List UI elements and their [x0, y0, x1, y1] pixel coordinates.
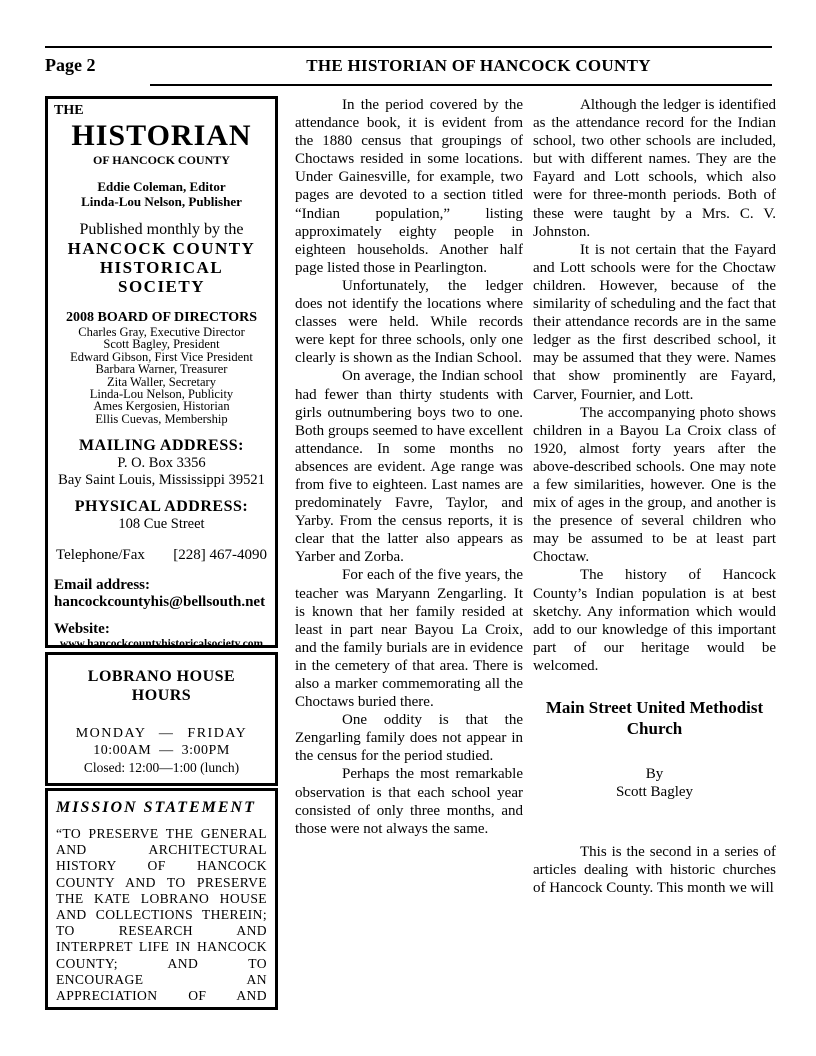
newsletter-title: THE HISTORIAN OF HANCOCK COUNTY: [185, 56, 772, 76]
article-paragraph: One oddity is that the Zengarling family…: [295, 711, 523, 765]
article-paragraph: It is not certain that the Fayard and Lo…: [533, 241, 776, 404]
sidebar-column: THE HISTORIAN OF HANCOCK COUNTY Eddie Co…: [45, 96, 278, 1010]
org-name-line1: HANCOCK COUNTY: [54, 239, 269, 258]
article-paragraph: In the period covered by the attendance …: [295, 96, 523, 277]
masthead-box: THE HISTORIAN OF HANCOCK COUNTY Eddie Co…: [45, 96, 278, 648]
phone-number: [228] 467-4090: [173, 546, 267, 564]
article-paragraph: Unfortunately, the ledger does not ident…: [295, 277, 523, 367]
editor-credit: Eddie Coleman, Editor: [54, 179, 269, 194]
article-column-middle: In the period covered by the attendance …: [295, 96, 523, 1010]
article-paragraph: The history of Hancock County’s Indian p…: [533, 566, 776, 675]
hours-title-line2: HOURS: [48, 686, 275, 705]
website-label: Website:: [54, 621, 269, 638]
hours-closed-note: Closed: 12:00—1:00 (lunch): [48, 759, 275, 776]
article-paragraph: Perhaps the most remarkable observation …: [295, 765, 523, 837]
mission-body: “TO PRESERVE THE GENERAL AND ARCHITECTUR…: [56, 826, 267, 1010]
byline-by: By: [533, 765, 776, 783]
article-paragraph: On average, the Indian school had fewer …: [295, 367, 523, 566]
hours-days: MONDAY — FRIDAY: [48, 725, 275, 742]
mission-box: MISSION STATEMENT “TO PRESERVE THE GENER…: [45, 788, 278, 1010]
mailing-address-line2: Bay Saint Louis, Mississippi 39521: [54, 472, 269, 489]
hours-times: 10:00AM — 3:00PM: [48, 742, 275, 759]
hours-box: LOBRANO HOUSE HOURS MONDAY — FRIDAY 10:0…: [45, 652, 278, 786]
mission-title: MISSION STATEMENT: [56, 798, 267, 817]
board-member: Barbara Warner, Treasurer: [54, 363, 269, 375]
article-paragraph: This is the second in a series of articl…: [533, 843, 776, 897]
mailing-address-line1: P. O. Box 3356: [54, 455, 269, 472]
board-member: Ellis Cuevas, Membership: [54, 413, 269, 425]
publisher-credit: Linda-Lou Nelson, Publisher: [54, 194, 269, 209]
physical-address-line1: 108 Cue Street: [54, 516, 269, 533]
org-name-line2: HISTORICAL SOCIETY: [54, 258, 269, 296]
header-bottom-rule: [150, 84, 772, 86]
article-column-right: Although the ledger is identified as the…: [533, 96, 776, 1010]
masthead-subtitle: OF HANCOCK COUNTY: [54, 153, 269, 167]
published-monthly-line: Published monthly by the: [54, 221, 269, 239]
byline-author: Scott Bagley: [533, 783, 776, 801]
physical-address-label: PHYSICAL ADDRESS:: [54, 498, 269, 516]
masthead-the: THE: [54, 103, 269, 119]
board-of-directors-title: 2008 BOARD OF DIRECTORS: [54, 310, 269, 326]
page-number-label: Page 2: [45, 55, 185, 76]
website-url: www.hancockcountyhistoricalsociety.com: [54, 638, 269, 648]
email-label: Email address:: [54, 577, 269, 594]
board-member: Ames Kergosien, Historian: [54, 400, 269, 412]
next-article-heading: Main Street United Methodist Church: [533, 697, 776, 739]
phone-row: Telephone/Fax [228] 467-4090: [54, 546, 269, 564]
page-header: Page 2 THE HISTORIAN OF HANCOCK COUNTY: [45, 46, 772, 86]
phone-label: Telephone/Fax: [56, 546, 145, 564]
article-paragraph: Although the ledger is identified as the…: [533, 96, 776, 241]
email-address: hancockcountyhis@bellsouth.net: [54, 594, 269, 611]
newsletter-page: Page 2 THE HISTORIAN OF HANCOCK COUNTY T…: [0, 0, 816, 1056]
article-paragraph: For each of the five years, the teacher …: [295, 566, 523, 711]
mailing-address-label: MAILING ADDRESS:: [54, 437, 269, 455]
masthead-name: HISTORIAN: [54, 119, 269, 153]
article-paragraph: The accompanying photo shows children in…: [533, 404, 776, 567]
hours-title-line1: LOBRANO HOUSE: [48, 667, 275, 686]
board-member: Scott Bagley, President: [54, 338, 269, 350]
